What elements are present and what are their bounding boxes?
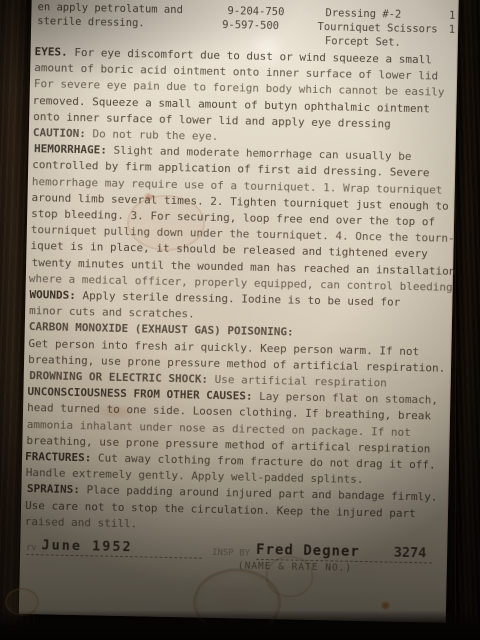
inspector-name: Fred Degner xyxy=(256,542,360,560)
supply-item-qty xyxy=(437,36,455,50)
orange-spot-stain xyxy=(381,601,390,609)
section-heading: EYES. xyxy=(34,45,67,59)
line-text: minor cuts and scratches. xyxy=(29,304,195,320)
supply-list-header: en apply petrolatum and 9-204-750 Dressi… xyxy=(31,0,458,51)
date-field: rv June 1952 xyxy=(26,537,202,559)
supply-item-qty: 1 xyxy=(437,23,455,37)
section-heading: CAUTION: xyxy=(33,126,86,140)
photo-of-framed-document: en apply petrolatum and 9-204-750 Dressi… xyxy=(0,0,480,640)
instruction-body: EYES. For eye discomfort due to dust or … xyxy=(21,44,457,539)
date-value: June 1952 xyxy=(41,537,132,555)
section-heading: DROWNING OR ELECTRIC SHOCK: xyxy=(29,369,208,386)
line-text: raised and still. xyxy=(25,515,138,530)
typewritten-first-aid-sheet: en apply petrolatum and 9-204-750 Dressi… xyxy=(19,0,459,623)
section-heading: CARBON MONOXIDE (EXHAUST GAS) POISONING: xyxy=(29,320,294,339)
picture-frame-bottom xyxy=(0,610,480,640)
date-prefix: rv xyxy=(26,543,36,553)
section-heading: FRACTURES: xyxy=(25,450,91,464)
stock-number xyxy=(227,32,325,48)
section-heading: UNCONSCIOUSNESS FROM OTHER CAUSES: xyxy=(27,385,252,403)
inspector-number: 3274 xyxy=(394,545,427,562)
supply-item-qty: 1 xyxy=(437,8,455,22)
supply-left-text xyxy=(37,28,227,46)
line-text: Do not rub the eye. xyxy=(86,127,219,143)
line-text: Use artificial respiration xyxy=(208,373,387,390)
insp-by-label: INSP BY xyxy=(212,548,250,559)
picture-frame-right xyxy=(455,0,480,640)
section-heading: SPRAINS: xyxy=(27,482,80,496)
signature-line: rv June 1952 INSP BY Fred Degner 3274 xyxy=(20,537,446,564)
section-heading: HEMORRHAGE: xyxy=(34,142,107,157)
section-heading: WOUNDS: xyxy=(29,288,76,302)
line-text: Lay person flat on stomach, xyxy=(252,390,438,407)
inspector-field: Fred Degner 3274 xyxy=(256,542,432,564)
supply-item-name: Forcept Set. xyxy=(325,34,437,50)
